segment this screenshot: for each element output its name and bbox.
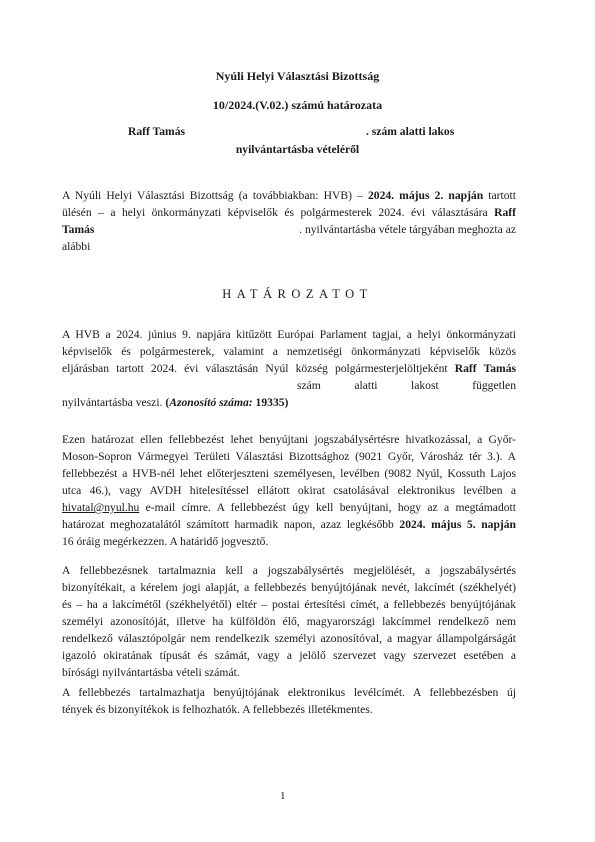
text-run: határozat meghozatalától számított harma…: [62, 518, 399, 531]
text-run: . nyilvántartásba vétele tárgyában megho…: [94, 223, 516, 236]
text-line: 16 óráig megérkezzen. A határidő jogvesz…: [62, 533, 516, 550]
text-run: tartott: [483, 189, 516, 202]
text-line: bizonyítékait, a kérelem jogi alapját, a…: [62, 579, 516, 596]
text-run: személyi azonosítóját, illetve ha külföl…: [62, 615, 516, 628]
resolution-number: 10/2024.(V.02.) számú határozata: [0, 98, 595, 112]
text-run: Ezen határozat ellen fellebbezést lehet …: [62, 433, 516, 446]
text-line: A HVB a 2024. június 9. napjára kitűzött…: [62, 326, 516, 343]
text-run: tények és bizonyítékok is felhozhatók. A…: [62, 703, 373, 716]
committee-name: Nyúli Helyi Választási Bizottság: [0, 69, 595, 83]
text-line: és – ha a lakcímétől (székhelyétől) elté…: [62, 596, 516, 613]
text-run: igazoló okiratának típusát és számát, va…: [62, 649, 516, 662]
text-line: eljárásban tartott 2024. évi választásán…: [62, 360, 516, 377]
text-line: tények és bizonyítékok is felhozhatók. A…: [62, 701, 516, 718]
text-line: Tamás . nyilvántartásba vétele tárgyában…: [62, 221, 516, 238]
text-line: igazoló okiratának típusát és számát, va…: [62, 647, 516, 664]
intro-paragraph: A Nyúli Helyi Választási Bizottság (a to…: [62, 187, 516, 255]
text-run: képviselők és polgármesterek, valamint a…: [62, 345, 516, 358]
text-run: A fellebbezés tartalmazhatja benyújtóján…: [62, 686, 516, 699]
text-line: hivatal@nyul.hu e-mail címre. A fellebbe…: [62, 499, 516, 516]
text-line: rendelkező választópolgár nem rendelkezi…: [62, 630, 516, 647]
text-run: 2024. május 5. napján: [399, 518, 516, 531]
text-line: képviselők és polgármesterek, valamint a…: [62, 343, 516, 360]
text-line: alábbi: [62, 238, 516, 255]
text-run: rendelkező választópolgár nem rendelkezi…: [62, 632, 516, 645]
text-run: A fellebbezésnek tartalmaznia kell a jog…: [62, 564, 516, 577]
decision-heading: HATÁROZATOT: [0, 287, 595, 301]
text-line: Moson-Sopron Vármegyei Területi Választá…: [62, 448, 516, 465]
text-run: Raff: [494, 206, 516, 219]
text-line: fellebbezést a HVB-nél lehet előterjeszt…: [62, 465, 516, 482]
text-run: és – ha a lakcímétől (székhelyétől) elté…: [62, 598, 516, 611]
text-run: fellebbezést a HVB-nél lehet előterjeszt…: [62, 467, 516, 480]
text-line: A Nyúli Helyi Választási Bizottság (a to…: [62, 187, 516, 204]
text-line: nyilvántartásba veszi. (Azonosító száma:…: [62, 394, 516, 411]
appeal-content-paragraph: A fellebbezésnek tartalmaznia kell a jog…: [62, 562, 516, 681]
text-line: A fellebbezés tartalmazhatja benyújtóján…: [62, 684, 516, 701]
text-run: Moson-Sopron Vármegyei Területi Választá…: [62, 450, 516, 463]
text-run: alábbi: [62, 240, 90, 253]
text-line: határozat meghozatalától számított harma…: [62, 516, 516, 533]
text-run: nyilvántartásba veszi.: [62, 396, 165, 409]
text-run: A HVB a 2024. június 9. napjára kitűzött…: [62, 328, 516, 341]
text-run: eljárásban tartott 2024. évi választásán…: [62, 362, 455, 375]
page-number: 1: [280, 790, 286, 802]
text-run: utca 46.), vagy AVDH hitelesítéssel ellá…: [62, 484, 516, 497]
text-run: e-mail címre. A fellebbezést úgy kell be…: [139, 501, 516, 514]
text-line: Ezen határozat ellen fellebbezést lehet …: [62, 431, 516, 448]
text-run: bírósági nyilvántartásba vételi számát.: [62, 666, 240, 679]
text-line: A fellebbezésnek tartalmaznia kell a jog…: [62, 562, 516, 579]
text-run: ülésén – a helyi önkormányzati képviselő…: [62, 206, 494, 219]
decision-paragraph: A HVB a 2024. június 9. napjára kitűzött…: [62, 326, 516, 411]
appeal-extra-paragraph: A fellebbezés tartalmazhatja benyújtóján…: [62, 684, 516, 718]
text-line: utca 46.), vagy AVDH hitelesítéssel ellá…: [62, 482, 516, 499]
text-run: Tamás: [62, 223, 94, 236]
text-run: Azonosító száma:: [169, 396, 252, 409]
text-line: személyi azonosítóját, illetve ha külföl…: [62, 613, 516, 630]
appeal-paragraph: Ezen határozat ellen fellebbezést lehet …: [62, 431, 516, 550]
email-link[interactable]: hivatal@nyul.hu: [62, 501, 139, 514]
text-run: A Nyúli Helyi Választási Bizottság (a to…: [62, 189, 368, 202]
address-suffix: . szám alatti lakos: [366, 125, 454, 139]
text-run: bizonyítékait, a kérelem jogi alapját, a…: [62, 581, 516, 594]
text-run: Raff Tamás: [455, 362, 516, 375]
text-run: 19335): [253, 396, 289, 409]
text-run: 2024. május 2. napján: [368, 189, 483, 202]
text-run: 16 óráig megérkezzen. A határidő jogvesz…: [62, 535, 268, 548]
candidate-name: Raff Tamás: [128, 125, 185, 139]
text-line: ülésén – a helyi önkormányzati képviselő…: [62, 204, 516, 221]
resolution-subject: nyilvántartásba vételéről: [0, 143, 595, 157]
text-line: bírósági nyilvántartásba vételi számát.: [62, 664, 516, 681]
text-line: szám alatti lakost független polgármeste…: [62, 377, 516, 394]
text-run: szám alatti lakost független: [297, 379, 516, 392]
